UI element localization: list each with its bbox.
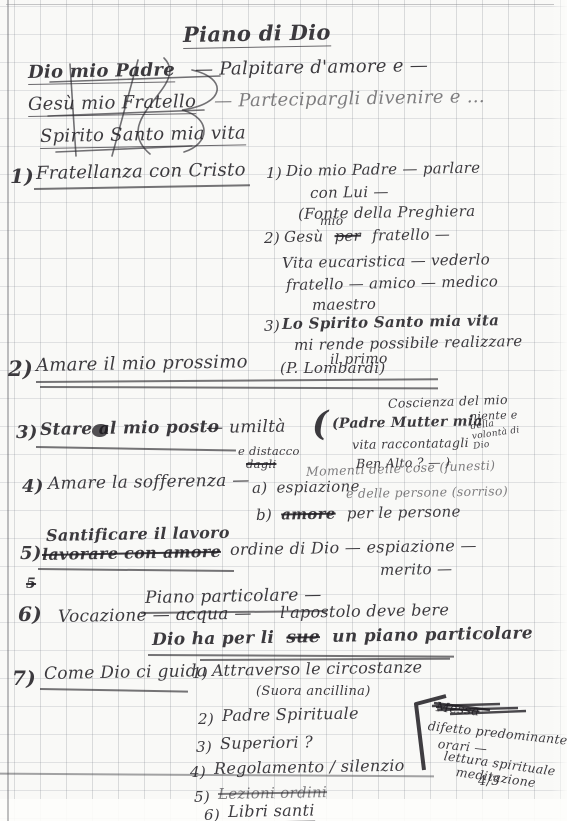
- item5-underline: [38, 568, 234, 572]
- right1-line1: Dio mio Padre — parlare: [286, 159, 481, 180]
- intro-son-note: — Partecipargli divenire e …: [214, 86, 485, 112]
- item7-underline: [40, 688, 188, 692]
- intro-father-note: — Palpitare d'amore e —: [195, 55, 428, 80]
- item7-s3-number: 3): [196, 738, 212, 756]
- intro-father: Dio mio Padre: [28, 59, 175, 85]
- item6-line2-post: un piano particolare: [332, 623, 533, 647]
- item1-underline: [34, 184, 250, 189]
- item2-note: (P. Lombardi): [280, 359, 386, 377]
- item7-label: Come Dio ci guida: [44, 661, 208, 684]
- right1-number: 1): [266, 164, 282, 182]
- item4-b-text: per le persone: [347, 502, 461, 522]
- item4-a-number: a): [252, 479, 268, 497]
- item5-rest2: merito —: [380, 560, 453, 579]
- item6-line2-struck: sue: [286, 627, 320, 648]
- item7-s4: Regolamento / silenzio: [214, 756, 405, 778]
- item5-label-struck: lavorare con amore: [42, 542, 221, 564]
- item3-ann1: Coscienza del mio: [388, 392, 508, 411]
- item1-number: 1): [10, 164, 34, 188]
- item4-number: 4): [22, 476, 44, 497]
- item3-rest: — umiltà: [206, 417, 286, 438]
- item7-s5-number: 5): [194, 788, 210, 806]
- item2-number: 2): [8, 356, 33, 381]
- item3-sub1: e distacco: [238, 444, 300, 458]
- item3-label: Stare al mio posto: [40, 417, 220, 440]
- page-corner-mark: 4/3: [478, 774, 500, 789]
- right2-number: 2): [264, 229, 280, 247]
- item2-label: Amare il mio prossimo: [36, 351, 248, 376]
- item5-rest: ordine di Dio — espiazione —: [230, 536, 477, 559]
- right1-line2: con Lui —: [310, 183, 389, 202]
- right2-word-fratello: fratello —: [372, 225, 450, 244]
- page-top-edge: [6, 4, 554, 5]
- item5-number: 5): [20, 543, 42, 564]
- item2-underline-2: [40, 386, 438, 389]
- item6-line1a: Vocazione — acqua —: [58, 604, 252, 627]
- item4-label: Amare la sofferenza —: [48, 470, 250, 494]
- item6-line2-pre: Dio ha per li: [152, 628, 274, 650]
- item7-s6-number: 6): [204, 806, 220, 821]
- item4-ann2: e delle persone (sorriso): [346, 483, 508, 501]
- right3-line1: Lo Spirito Santo mia vita: [282, 311, 500, 333]
- page-left-edge: [7, 0, 9, 821]
- item4-ann1: Momenti delle cose (funesti): [306, 457, 496, 479]
- intro-son: Gesù mio Fratello: [28, 91, 197, 117]
- item7-number: 7): [12, 666, 36, 690]
- item7-s2: Padre Spirituale: [222, 704, 359, 725]
- item4-b-number: b): [256, 506, 272, 524]
- right2-line3: fratello — amico — medico: [286, 272, 498, 294]
- item6-number: 6): [18, 602, 42, 626]
- item7-s4-number: 4): [190, 763, 206, 781]
- right3-number: 3): [264, 317, 280, 335]
- big-paren: (: [312, 404, 328, 444]
- scanned-notebook-page: Piano di Dio Dio mio Padre — Palpitare d…: [0, 0, 567, 821]
- page-title: Piano di Dio: [183, 19, 331, 49]
- right3-line2: mi rende possibile realizzare: [294, 332, 523, 354]
- item3-sub2: dagli: [246, 457, 276, 471]
- item3-ann4: vita raccontatagli: [352, 435, 469, 452]
- item7-s6: Libri santi: [228, 800, 315, 821]
- item7-s3: Superiori ?: [220, 732, 313, 753]
- item6-line1b: l'apostolo deve bere: [280, 600, 449, 622]
- ink-blot: [92, 424, 108, 437]
- right2-inserted-word: mio: [320, 214, 343, 228]
- item7-s1-note: (Suora ancillina): [256, 684, 371, 699]
- scan-right-fade: [551, 0, 567, 821]
- item2-underline-1: [36, 378, 438, 382]
- right2-struck-word: per: [334, 227, 361, 245]
- item7-s1: Attraverso le circostanze: [212, 657, 423, 680]
- item7-s2-number: 2): [198, 710, 214, 728]
- renumber-mark: 5: [26, 576, 36, 592]
- right2-line4: maestro: [312, 295, 376, 314]
- item3-ann6: della volontà di Dio: [470, 414, 532, 452]
- item4-b-struck: amore: [281, 505, 336, 524]
- item3-ann3: (Padre Mutter mia: [332, 413, 483, 432]
- item1-label: Fratellanza con Cristo: [36, 159, 246, 184]
- right2-line2: Vita eucaristica — vederlo: [282, 250, 490, 272]
- right2-word-gesu: Gesù: [284, 227, 324, 246]
- item7-s1-number: 1): [192, 664, 208, 682]
- item3-underline: [36, 446, 236, 451]
- item3-number: 3): [16, 422, 38, 443]
- intro-spirit: Spirito Santo mia vita: [40, 122, 246, 149]
